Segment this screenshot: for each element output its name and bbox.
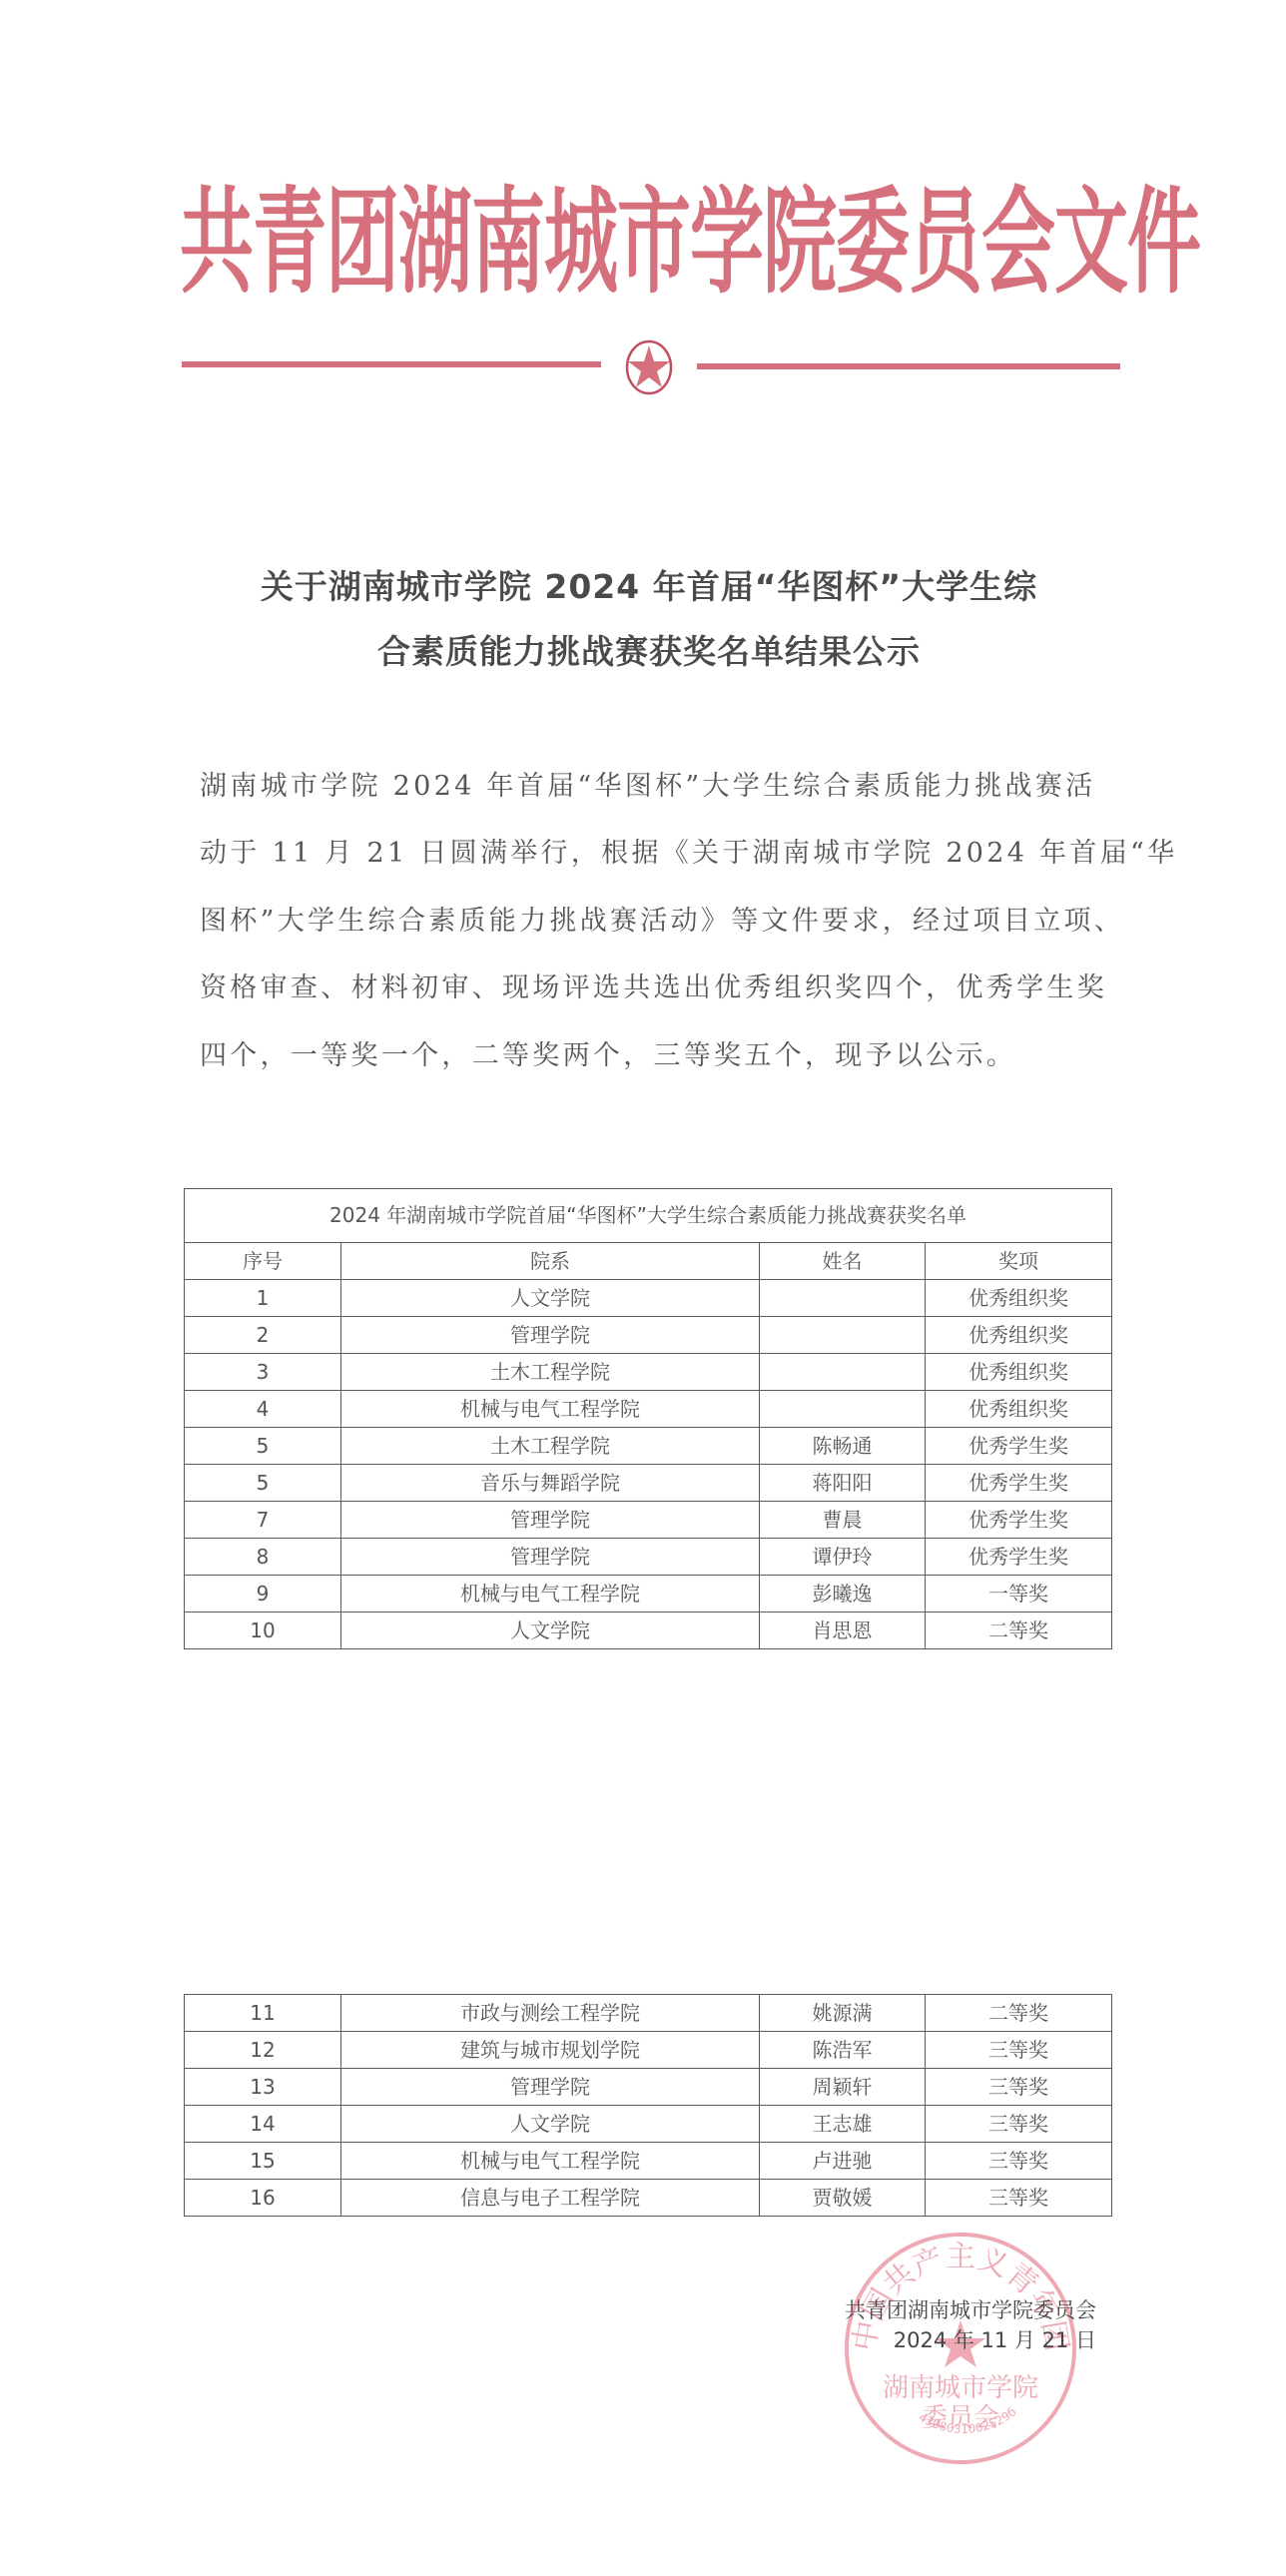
cell-no: 11: [185, 1995, 341, 2032]
cell-award: 优秀组织奖: [926, 1391, 1112, 1428]
cell-award: 三等奖: [926, 2106, 1112, 2143]
body-paragraph-line: 动于 11 月 21 日圆满举行，根据《关于湖南城市学院 2024 年首届“华: [200, 831, 1098, 870]
table-row: 15机械与电气工程学院卢进驰三等奖: [185, 2143, 1112, 2180]
signature-date: 2024 年 11 月 21 日: [894, 2324, 1096, 2354]
cell-dept: 人文学院: [341, 2106, 760, 2143]
cell-award: 二等奖: [926, 1612, 1112, 1649]
cell-award: 优秀组织奖: [926, 1280, 1112, 1317]
body-paragraph-line: 四个，一等奖一个，二等奖两个，三等奖五个，现予以公示。: [200, 1033, 1098, 1072]
table-row: 1人文学院优秀组织奖: [185, 1280, 1112, 1317]
award-table-continued: 11市政与测绘工程学院姚源满二等奖12建筑与城市规划学院陈浩军三等奖13管理学院…: [184, 1994, 1112, 2217]
header-divider-right: [697, 363, 1120, 369]
cell-award: 优秀学生奖: [926, 1465, 1112, 1502]
cell-name: 蒋阳阳: [760, 1465, 926, 1502]
cell-name: 曹晨: [760, 1502, 926, 1539]
table-row: 7管理学院曹晨优秀学生奖: [185, 1502, 1112, 1539]
cell-dept: 人文学院: [341, 1280, 760, 1317]
table-row: 3土木工程学院优秀组织奖: [185, 1354, 1112, 1391]
cell-no: 3: [185, 1354, 341, 1391]
cell-no: 2: [185, 1317, 341, 1354]
cell-award: 二等奖: [926, 1995, 1112, 2032]
cell-dept: 土木工程学院: [341, 1428, 760, 1465]
cell-award: 三等奖: [926, 2032, 1112, 2069]
document-title-line-2: 合素质能力挑战赛获奖名单结果公示: [150, 626, 1148, 673]
cell-dept: 信息与电子工程学院: [341, 2180, 760, 2217]
cell-award: 三等奖: [926, 2069, 1112, 2106]
table-row: 8管理学院谭伊玲优秀学生奖: [185, 1539, 1112, 1576]
document-title-line-1: 关于湖南城市学院 2024 年首届“华图杯”大学生综: [150, 561, 1148, 608]
cell-name: 陈浩军: [760, 2032, 926, 2069]
cell-dept: 机械与电气工程学院: [341, 1391, 760, 1428]
cell-name: 姚源满: [760, 1995, 926, 2032]
signature-org: 共青团湖南城市学院委员会: [845, 2294, 1096, 2324]
cell-name: [760, 1391, 926, 1428]
cell-no: 7: [185, 1502, 341, 1539]
table-header-row: 序号 院系 姓名 奖项: [185, 1243, 1112, 1280]
cell-no: 13: [185, 2069, 341, 2106]
body-paragraph-line: 资格审查、材料初审、现场评选共选出优秀组织奖四个，优秀学生奖: [200, 966, 1098, 1004]
cell-award: 优秀组织奖: [926, 1317, 1112, 1354]
cell-dept: 管理学院: [341, 1539, 760, 1576]
cell-award: 三等奖: [926, 2143, 1112, 2180]
cell-no: 5: [185, 1465, 341, 1502]
cell-award: 优秀学生奖: [926, 1539, 1112, 1576]
table-row: 9机械与电气工程学院彭曦逸一等奖: [185, 1576, 1112, 1612]
seal-center-text-1: 湖南城市学院: [883, 2373, 1038, 2403]
table-row: 11市政与测绘工程学院姚源满二等奖: [185, 1995, 1112, 2032]
table-caption-row: 2024 年湖南城市学院首届“华图杯”大学生综合素质能力挑战赛获奖名单: [185, 1189, 1112, 1243]
cell-award: 一等奖: [926, 1576, 1112, 1612]
table-row: 16信息与电子工程学院贾敬媛三等奖: [185, 2180, 1112, 2217]
cell-name: [760, 1354, 926, 1391]
cell-dept: 建筑与城市规划学院: [341, 2032, 760, 2069]
cell-no: 14: [185, 2106, 341, 2143]
table-row: 5土木工程学院陈畅通优秀学生奖: [185, 1428, 1112, 1465]
table-row: 5音乐与舞蹈学院蒋阳阳优秀学生奖: [185, 1465, 1112, 1502]
cell-no: 5: [185, 1428, 341, 1465]
cell-no: 1: [185, 1280, 341, 1317]
cell-dept: 机械与电气工程学院: [341, 1576, 760, 1612]
cell-name: [760, 1317, 926, 1354]
table-row: 2管理学院优秀组织奖: [185, 1317, 1112, 1354]
column-header-award: 奖项: [926, 1243, 1112, 1280]
cell-dept: 机械与电气工程学院: [341, 2143, 760, 2180]
body-paragraph-line: 湖南城市学院 2024 年首届“华图杯”大学生综合素质能力挑战赛活: [200, 764, 1098, 803]
cell-name: 卢进驰: [760, 2143, 926, 2180]
column-header-dept: 院系: [341, 1243, 760, 1280]
cell-no: 15: [185, 2143, 341, 2180]
table-row: 12建筑与城市规划学院陈浩军三等奖: [185, 2032, 1112, 2069]
table-row: 13管理学院周颖轩三等奖: [185, 2069, 1112, 2106]
header-divider-left: [182, 361, 601, 367]
cell-award: 优秀学生奖: [926, 1428, 1112, 1465]
cell-name: 王志雄: [760, 2106, 926, 2143]
body-paragraph-line: 图杯”大学生综合素质能力挑战赛活动》等文件要求，经过项目立项、: [200, 899, 1098, 938]
cell-no: 16: [185, 2180, 341, 2217]
cell-name: 谭伊玲: [760, 1539, 926, 1576]
cell-dept: 人文学院: [341, 1612, 760, 1649]
cell-no: 10: [185, 1612, 341, 1649]
table-row: 4机械与电气工程学院优秀组织奖: [185, 1391, 1112, 1428]
cell-dept: 管理学院: [341, 1317, 760, 1354]
cell-name: 彭曦逸: [760, 1576, 926, 1612]
cell-dept: 管理学院: [341, 1502, 760, 1539]
cell-name: 贾敬媛: [760, 2180, 926, 2217]
cell-no: 9: [185, 1576, 341, 1612]
cell-award: 三等奖: [926, 2180, 1112, 2217]
cell-name: 周颖轩: [760, 2069, 926, 2106]
cell-award: 优秀组织奖: [926, 1354, 1112, 1391]
cell-name: 肖思恩: [760, 1612, 926, 1649]
award-table: 2024 年湖南城市学院首届“华图杯”大学生综合素质能力挑战赛获奖名单 序号 院…: [184, 1188, 1112, 1649]
cell-name: [760, 1280, 926, 1317]
cell-dept: 音乐与舞蹈学院: [341, 1465, 760, 1502]
table-row: 14人文学院王志雄三等奖: [185, 2106, 1112, 2143]
column-header-no: 序号: [185, 1243, 341, 1280]
cell-no: 4: [185, 1391, 341, 1428]
table-row: 10人文学院肖思恩二等奖: [185, 1612, 1112, 1649]
table-caption: 2024 年湖南城市学院首届“华图杯”大学生综合素质能力挑战赛获奖名单: [185, 1189, 1112, 1243]
cell-dept: 管理学院: [341, 2069, 760, 2106]
cell-dept: 市政与测绘工程学院: [341, 1995, 760, 2032]
star-in-circle-icon: [623, 339, 675, 395]
cell-dept: 土木工程学院: [341, 1354, 760, 1391]
cell-no: 8: [185, 1539, 341, 1576]
document-header-title: 共青团湖南城市学院委员会文件: [180, 142, 1118, 343]
cell-name: 陈畅通: [760, 1428, 926, 1465]
cell-award: 优秀学生奖: [926, 1502, 1112, 1539]
cell-no: 12: [185, 2032, 341, 2069]
column-header-name: 姓名: [760, 1243, 926, 1280]
